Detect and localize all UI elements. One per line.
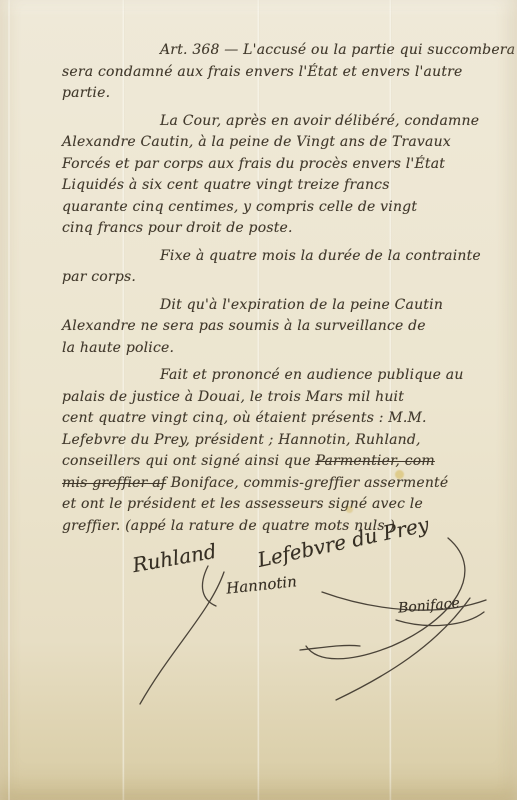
manuscript-line: Liquidés à six cent quatre vingt treize … <box>62 175 494 197</box>
signature-ruhland: Ruhland <box>131 539 219 577</box>
manuscript-line: Lefebvre du Prey, président ; Hannotin, … <box>62 430 494 452</box>
manuscript-line: par corps. <box>62 267 494 289</box>
text-segment: palais de justice à Douai, le trois Mars… <box>62 389 404 405</box>
text-segment: quarante cinq centimes, y compris celle … <box>62 199 417 215</box>
struck-text-segment: mis greffier af <box>62 475 166 491</box>
manuscript-line: quarante cinq centimes, y compris celle … <box>62 197 494 219</box>
text-segment: La Cour, après en avoir délibéré, condam… <box>160 113 479 129</box>
text-segment: Fixe à quatre mois la durée de la contra… <box>160 248 481 264</box>
paper-fold-line <box>8 0 10 800</box>
manuscript-line: La Cour, après en avoir délibéré, condam… <box>62 111 494 133</box>
text-segment: Alexandre Cautin, à la peine de Vingt an… <box>62 134 451 150</box>
text-segment: cinq francs pour droit de poste. <box>62 220 293 236</box>
manuscript-line: Fixe à quatre mois la durée de la contra… <box>62 246 494 268</box>
text-segment: Forcés et par corps aux frais du procès … <box>62 156 445 172</box>
manuscript-line: Art. 368 — L'accusé ou la partie qui suc… <box>62 40 494 62</box>
manuscript-line: Alexandre Cautin, à la peine de Vingt an… <box>62 132 494 154</box>
text-segment: sera condamné aux frais envers l'État et… <box>62 64 463 80</box>
manuscript-line: la haute police. <box>62 338 494 360</box>
text-segment: Liquidés à six cent quatre vingt treize … <box>62 177 390 193</box>
signature-hannotin: Hannotin <box>225 572 297 597</box>
manuscript-line: Alexandre ne sera pas soumis à la survei… <box>62 316 494 338</box>
manuscript-line: Dit qu'à l'expiration de la peine Cautin <box>62 295 494 317</box>
manuscript-line: conseillers qui ont signé ainsi que Parm… <box>62 451 494 473</box>
manuscript-line: cinq francs pour droit de poste. <box>62 218 494 240</box>
text-segment: cent quatre vingt cinq, où étaient prése… <box>62 410 427 426</box>
manuscript-line: partie. <box>62 83 494 105</box>
text-segment: Fait et prononcé en audience publique au <box>160 367 464 383</box>
text-segment: la haute police. <box>62 340 174 356</box>
manuscript-line: et ont le président et les assesseurs si… <box>62 494 494 516</box>
manuscript-line: mis greffier af Boniface, commis-greffie… <box>62 473 494 495</box>
text-segment: et ont le président et les assesseurs si… <box>62 496 423 512</box>
text-segment: Dit qu'à l'expiration de la peine Cautin <box>160 297 443 313</box>
text-segment: Lefebvre du Prey, président ; Hannotin, … <box>62 432 421 448</box>
text-segment: conseillers qui ont signé ainsi que <box>62 453 315 469</box>
manuscript-line: Fait et prononcé en audience publique au <box>62 365 494 387</box>
text-segment: partie. <box>62 85 110 101</box>
manuscript-line: palais de justice à Douai, le trois Mars… <box>62 387 494 409</box>
text-segment: par corps. <box>62 269 136 285</box>
struck-text-segment: Parmentier, com <box>315 453 434 469</box>
signature-boniface: Boniface <box>397 595 460 616</box>
manuscript-page: Art. 368 — L'accusé ou la partie qui suc… <box>0 0 517 800</box>
manuscript-line: Forcés et par corps aux frais du procès … <box>62 154 494 176</box>
manuscript-line: sera condamné aux frais envers l'État et… <box>62 62 494 84</box>
manuscript-line: cent quatre vingt cinq, où étaient prése… <box>62 408 494 430</box>
text-segment: Art. 368 — L'accusé ou la partie qui suc… <box>160 42 515 58</box>
manuscript-text: Art. 368 — L'accusé ou la partie qui suc… <box>62 34 494 537</box>
text-segment: Alexandre ne sera pas soumis à la survei… <box>62 318 426 334</box>
text-segment: Boniface, commis-greffier assermenté <box>166 475 448 491</box>
